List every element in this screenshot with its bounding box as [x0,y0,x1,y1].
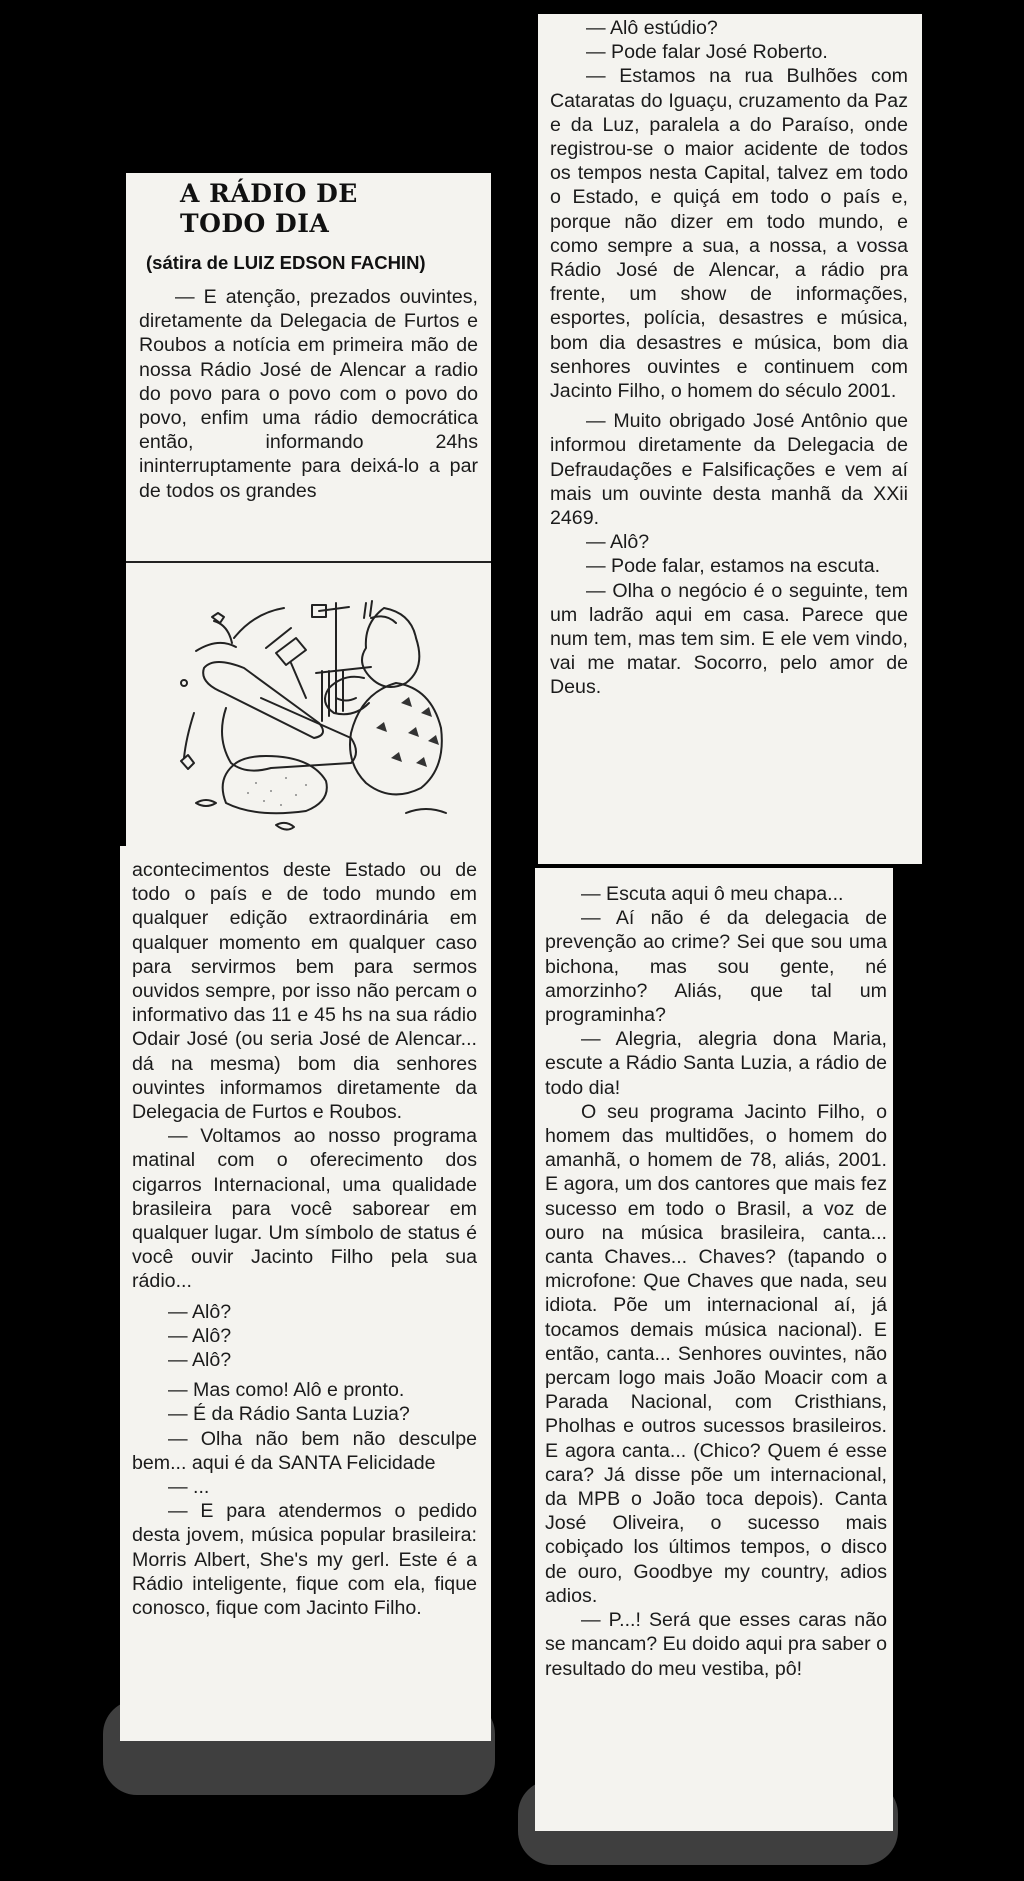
paragraph: acontecimentos deste Estado ou de todo o… [132,858,477,1124]
article-title-line2: TODO DIA [180,209,481,239]
dialogue-line: — Olha não bem não desculpe bem... aqui … [132,1427,477,1475]
dialogue-line: — ... [132,1475,477,1499]
dialogue-line: — Escuta aqui ô meu chapa... [545,882,887,906]
article-title-line1: A RÁDIO DE [180,179,481,209]
dialogue-line: — Alô? [550,530,908,554]
intro-text: — E atenção, prezados ouvintes, diretame… [136,285,481,503]
left-column-text: acontecimentos deste Estado ou de todo o… [132,858,477,1620]
dialogue-line: — Pode falar, estamos na escuta. [550,554,908,578]
right-top-column-text: — Alô estúdio? — Pode falar José Roberto… [550,16,908,700]
dialogue-line: — Pode falar José Roberto. [550,40,908,64]
paragraph: — E para atendermos o pedido desta jovem… [132,1499,477,1620]
paragraph: — E atenção, prezados ouvintes, diretame… [139,285,478,503]
paragraph: — Voltamos ao nosso programa matinal com… [132,1124,477,1293]
paragraph: — Muito obrigado José Antônio que inform… [550,409,908,530]
paragraph: — Olha o negócio é o seguinte, tem um la… [550,579,908,700]
clipping-right-bottom: — Escuta aqui ô meu chapa... — Aí não é … [535,868,893,1831]
clipping-title-panel: A RÁDIO DE TODO DIA (sátira de LUIZ EDSO… [126,173,491,563]
clipping-right-top: — Alô estúdio? — Pode falar José Roberto… [538,14,922,864]
cartoon-panel [126,563,491,846]
paragraph: — Estamos na rua Bulhões com Cataratas d… [550,64,908,403]
dialogue-line: — P...! Será que esses caras não se manc… [545,1608,887,1681]
dialogue-line: — Alô estúdio? [550,16,908,40]
cartoon-illustration-icon [126,563,491,846]
dialogue-line: — Aí não é da delegacia de prevenção ao … [545,906,887,1027]
article-byline: (sátira de LUIZ EDSON FACHIN) [146,251,481,275]
dialogue-line: — Alô? [132,1300,477,1324]
clipping-left-continuation: acontecimentos deste Estado ou de todo o… [120,846,491,1741]
dialogue-line: — Alegria, alegria dona Maria, escute a … [545,1027,887,1100]
paragraph: O seu programa Jacinto Filho, o homem da… [545,1100,887,1608]
dialogue-line: — Alô? [132,1324,477,1348]
dialogue-line: — É da Rádio Santa Luzia? [132,1402,477,1426]
right-bottom-column-text: — Escuta aqui ô meu chapa... — Aí não é … [545,882,887,1681]
dialogue-line: — Alô? [132,1348,477,1372]
dialogue-line: — Mas como! Alô e pronto. [132,1378,477,1402]
